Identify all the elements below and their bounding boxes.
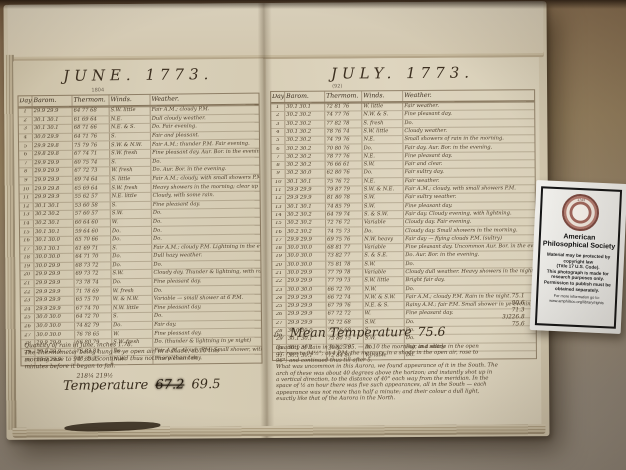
cell-winds: S.W.: [362, 261, 403, 269]
footnotes-july: Quantity of Rain in July, 5.85. — At 10 …: [276, 343, 535, 402]
cell-weather: Fair A.M.; cloudy, with small showers P.…: [403, 185, 535, 193]
card-title: American Philosophical Society: [542, 232, 616, 251]
cell-barom: 29.9 29.9: [33, 194, 73, 202]
cell-winds: Do.: [110, 227, 151, 235]
cell-winds: Do.: [110, 262, 151, 270]
ditto-mark: Do.: [274, 332, 284, 339]
column-header-winds: Winds.: [361, 91, 402, 101]
cell-therm: 75 79 76: [72, 142, 109, 150]
cell-day: 20: [20, 273, 33, 278]
cell-therm: 59 64 60: [73, 228, 110, 236]
cell-winds: S.W.: [110, 210, 151, 218]
cell-barom: 30.0 30.0: [33, 254, 73, 262]
cell-weather: Fair day. Aur. Bor. in the evening.: [402, 144, 534, 152]
cell-weather: Fair A.M.; cloudy, with small showers P.…: [150, 174, 259, 183]
cell-therm: 65 69 64: [72, 185, 109, 193]
temperature-label: Temperature: [63, 378, 148, 394]
cell-weather: Fair and pleasant.: [150, 131, 259, 140]
cell-weather: Do.: [151, 260, 260, 269]
cell-day: 19: [20, 264, 33, 269]
cell-weather: Bright fair day.: [403, 276, 535, 284]
cell-barom: 29.9 29.9: [285, 236, 325, 244]
cell-day: 17: [272, 238, 285, 243]
column-header-winds: Winds.: [108, 95, 149, 105]
cell-therm: 73 78 74: [74, 279, 111, 287]
cell-day: 5: [19, 144, 32, 149]
cell-weather: Fair A.M.; cloudy P.M. Lightning in the …: [151, 243, 260, 252]
cell-therm: 64 72 70: [74, 314, 111, 322]
cell-day: 23: [21, 298, 34, 303]
cell-weather: Cloudy, with some rain.: [151, 192, 260, 201]
cell-day: 13: [272, 205, 285, 210]
cell-barom: 29.9 29.9: [32, 159, 72, 167]
cell-weather: Fair A.M.; thunder P.M. Fair evening.: [150, 140, 259, 149]
cell-day: 16: [272, 229, 285, 234]
cell-barom: 29.9 29.9: [34, 288, 74, 296]
cell-winds: N.E. little: [110, 193, 151, 201]
cell-barom: 30.0 30.0: [285, 245, 325, 253]
cell-winds: S.W.: [362, 203, 403, 211]
temperature-line: Temperature 67.2 69.5: [17, 377, 267, 395]
cell-therm: 55 62 57: [73, 193, 110, 201]
cell-therm: 61 69 64: [72, 116, 109, 124]
cell-weather: Small showers of rain in the morning.: [402, 135, 534, 143]
cell-day: 8: [272, 163, 285, 168]
cell-weather: Cloudy day. Thunder & lightning, with ra…: [151, 269, 260, 278]
cell-day: 23: [272, 288, 285, 293]
pencil-annotation-right: (92): [332, 84, 342, 90]
cell-day: 26: [273, 312, 286, 317]
column-header-day: Day: [19, 98, 32, 104]
mean-temperature-value: 75.6: [418, 324, 446, 339]
cell-barom: 30.2 30.0: [285, 170, 325, 178]
cell-barom: 30.2 30.1: [33, 219, 73, 227]
cell-winds: S. & S.E.: [362, 252, 403, 260]
cell-winds: S.W.: [362, 161, 403, 169]
cell-day: 2: [19, 118, 32, 123]
cell-barom: 30.1 30.1: [33, 202, 73, 210]
cell-therm: 76 66 61: [325, 161, 362, 169]
cell-weather: Cloudy dull weather. Heavy showers in th…: [403, 268, 535, 276]
cell-weather: Fair day — flying clouds P.M. (sultry): [403, 235, 535, 243]
cell-day: 3: [271, 122, 284, 127]
cell-barom: 29.9 29.9: [32, 108, 72, 116]
cell-weather: Fair weather.: [402, 102, 534, 110]
aps-rights-card: 1743 American Philosophical Society Mate…: [530, 180, 626, 334]
cell-day: 4: [271, 130, 284, 135]
cell-barom: 30.2 30.2: [285, 228, 325, 236]
left-page-june: JUNE. 1773. 1804 Day Barom. Thermom. Win…: [13, 59, 267, 429]
column-header-weather: Weather.: [149, 94, 258, 105]
cell-day: 12: [20, 204, 33, 209]
cell-day: 22: [272, 279, 285, 284]
cell-therm: 65 75 70: [74, 296, 111, 304]
cell-weather: Dull hazy weather.: [151, 252, 260, 261]
cell-therm: 74 79 76: [324, 137, 361, 145]
cell-barom: 30.1 30.1: [33, 228, 73, 236]
cell-winds: Do.: [110, 253, 151, 261]
column-header-therm: Thermom.: [324, 91, 361, 101]
cell-winds: Do.: [110, 236, 151, 244]
cell-weather: Heavy showers in the morning; clear up a…: [150, 183, 259, 192]
cell-day: 15: [272, 221, 285, 226]
cell-day: 8: [19, 170, 32, 175]
cell-day: 21: [21, 281, 34, 286]
temperature-struck-value: 67.2: [155, 377, 184, 392]
column-header-barom: Barom.: [31, 96, 71, 106]
column-header-therm: Thermom.: [71, 95, 108, 105]
cell-day: 12: [272, 196, 285, 201]
cell-barom: 30.1 30.1: [285, 178, 325, 186]
cell-weather: Fair and clear.: [403, 160, 535, 168]
cell-winds: W.: [363, 311, 404, 319]
cell-winds: S.W. fresh: [109, 150, 150, 158]
cell-weather: Fair day.: [152, 320, 261, 329]
cell-therm: 72 81 76: [324, 103, 361, 111]
cell-day: 11: [272, 188, 285, 193]
cell-winds: W. little: [361, 103, 402, 111]
cell-day: 17: [20, 247, 33, 252]
photo-of-manuscript: JUNE. 1773. 1804 Day Barom. Thermom. Win…: [0, 0, 626, 470]
cell-weather: Fine pleasant day.: [152, 303, 261, 312]
cell-winds: N.W. & S.W.: [363, 294, 404, 302]
cell-therm: 67 79 76: [326, 303, 363, 311]
cell-therm: 68 73 72: [73, 262, 110, 270]
cell-therm: 64 79 74: [325, 211, 362, 219]
weather-table-july: Day Barom. Thermom. Winds. Weather. 130.…: [270, 89, 537, 361]
cell-barom: 30.0 29.9: [285, 270, 325, 278]
cell-barom: 30.0 29.9: [32, 134, 72, 142]
cell-barom: 30.0 29.9: [33, 262, 73, 270]
cell-day: 24: [273, 296, 286, 301]
cell-day: 21: [272, 271, 285, 276]
cell-barom: 30.1 30.1: [32, 116, 72, 124]
cell-day: 16: [20, 238, 33, 243]
cell-winds: N.E.: [362, 153, 403, 161]
cell-therm: 66 72 74: [326, 294, 363, 302]
cell-barom: 29.9 29.9: [285, 278, 325, 286]
cell-winds: S.W. little: [109, 107, 150, 115]
text-line: minutes before it began to fall.: [25, 362, 261, 372]
cell-therm: 75 76 72: [325, 178, 362, 186]
column-header-barom: Barom.: [284, 92, 324, 102]
cell-weather: Fine pleasant day. Uncommon Aur. Bor. in…: [403, 243, 535, 251]
cell-winds: N.W.: [362, 286, 403, 294]
cell-winds: W. & N.W.: [111, 296, 152, 304]
cell-day: 3: [19, 127, 32, 132]
cell-barom: 29.9 29.9: [285, 195, 325, 203]
cell-day: 15: [20, 230, 33, 235]
cell-day: 14: [20, 221, 33, 226]
cell-barom: 30.0 30.0: [34, 314, 74, 322]
cell-therm: 76 78 65: [74, 331, 111, 339]
cell-day: 7: [19, 161, 32, 166]
cell-winds: N.E. & S.: [109, 124, 150, 132]
cell-therm: 64 71 76: [72, 133, 109, 141]
cell-winds: Variable: [362, 244, 403, 252]
cell-barom: 30.0 30.0: [285, 253, 325, 261]
cell-winds: S.W. & N.W.: [109, 141, 150, 149]
cell-winds: Variable: [362, 269, 403, 277]
cell-therm: 72 76 72: [325, 220, 362, 228]
cell-barom: 30.2 30.2: [284, 145, 324, 153]
cell-barom: 30.1 30.2: [284, 129, 324, 137]
cell-therm: 69 73 72: [73, 271, 110, 279]
cell-therm: 71 78 69: [74, 288, 111, 296]
cell-weather: Fair A.M.; cloudy P.M.: [150, 106, 259, 115]
table-body-june: 129.9 29.964 77 68S.W. littleFair A.M.; …: [19, 105, 262, 366]
cell-weather: Fine pleasant day.: [403, 152, 535, 160]
cell-barom: 30.2 30.2: [284, 120, 324, 128]
cell-therm: 69 74 64: [72, 176, 109, 184]
cell-therm: 81 80 78: [325, 195, 362, 203]
cell-day: 18: [20, 255, 33, 260]
cell-therm: 78 76 74: [324, 128, 361, 136]
column-header-day: Day: [271, 94, 284, 100]
cell-day: 25: [21, 316, 34, 321]
cell-day: 27: [21, 333, 34, 338]
cell-winds: W.: [110, 219, 151, 227]
cell-therm: 67 72 72: [326, 311, 363, 319]
cell-day: 18: [272, 246, 285, 251]
cell-barom: 30.2 30.2: [284, 137, 324, 145]
table-body-july: 130.1 30.172 81 76W. littleFair weather.…: [271, 101, 536, 360]
page-title-june: JUNE. 1773.: [13, 65, 263, 86]
cell-weather: Fair sultry day.: [403, 169, 535, 177]
cell-therm: 68 81 77: [325, 244, 362, 252]
cell-winds: S.: [110, 244, 151, 252]
mean-temperature-line: Do. Mean Temperature 75.6: [274, 323, 537, 340]
cell-barom: 30.1 30.0: [33, 237, 73, 245]
cell-winds: N.W. little: [111, 304, 152, 312]
cell-therm: 74 77 76: [324, 112, 361, 120]
cell-weather: Fair day. Cloudy evening, with lightning…: [403, 210, 535, 218]
cell-day: 6: [271, 146, 284, 151]
footnotes-june: Quantity of rain in June, inches 1.78.Th…: [24, 341, 260, 372]
cell-therm: 60 75 74: [72, 159, 109, 167]
cell-therm: 53 60 58: [73, 202, 110, 210]
cell-day: 10: [272, 180, 285, 185]
open-leaf: JUNE. 1773. 1804 Day Barom. Thermom. Win…: [4, 57, 550, 428]
cell-therm: 78 77 76: [325, 153, 362, 161]
cell-barom: 30.1 30.1: [285, 203, 325, 211]
cell-barom: 30.0 30.0: [285, 261, 325, 269]
cell-winds: S.W. little: [361, 128, 402, 136]
seal-year: 1743: [565, 197, 598, 202]
cell-day: 5: [271, 138, 284, 143]
cell-therm: 74 85 79: [325, 203, 362, 211]
cell-therm: 69 75 76: [325, 236, 362, 244]
cell-winds: S.: [109, 133, 150, 141]
cell-barom: 29.9 29.9: [285, 187, 325, 195]
cell-barom: 30.1 30.1: [33, 245, 73, 253]
cell-winds: W. fresh: [109, 167, 150, 175]
cell-weather: Dull cloudy weather.: [150, 114, 259, 123]
card-footer-text: For more information go to:www.amphilsoc…: [549, 294, 604, 306]
cell-winds: Do.: [362, 169, 403, 177]
cell-day: 19: [272, 254, 285, 259]
cell-barom: 29.9 29.8: [32, 185, 72, 193]
weather-table-june: Day Barom. Thermom. Winds. Weather. 129.…: [17, 93, 262, 367]
cell-weather: Fine pleasant day.: [403, 202, 535, 210]
cell-therm: 61 69 71: [73, 245, 110, 253]
cell-therm: 62 80 76: [325, 170, 362, 178]
cell-winds: Do.: [111, 279, 152, 287]
cell-weather: Do.: [402, 119, 534, 127]
cell-therm: 77 79 78: [325, 269, 362, 277]
cell-day: 24: [21, 307, 34, 312]
cell-winds: S.: [111, 313, 152, 321]
cell-barom: 29.8 29.8: [32, 151, 72, 159]
cell-winds: S.: [109, 158, 150, 166]
cell-barom: 29.9 29.9: [286, 303, 326, 311]
cell-weather: Do.: [403, 260, 535, 268]
cell-winds: W. fresh: [111, 287, 152, 295]
cell-therm: 57 60 57: [73, 210, 110, 218]
cell-day: 2: [271, 113, 284, 118]
cell-barom: 29.9 29.9: [32, 176, 72, 184]
cell-therm: 64 71 70: [73, 253, 110, 261]
cell-day: 26: [21, 324, 34, 329]
cell-barom: 30.2 30.2: [285, 212, 325, 220]
cell-weather: Do.: [151, 226, 260, 235]
cell-day: 13: [20, 212, 33, 217]
cell-weather: Do. Aur. Bor. in the evening.: [403, 252, 535, 260]
cell-therm: 67 74 71: [72, 150, 109, 158]
cell-day: 11: [20, 195, 33, 200]
cell-weather: Cloudy day. Fair evening.: [403, 218, 535, 226]
cell-day: 9: [272, 171, 285, 176]
cell-winds: S.W.: [362, 194, 403, 202]
text-line: exactly like that of the Aurora in the N…: [276, 394, 535, 402]
cell-therm: 67 72 73: [72, 167, 109, 175]
cell-therm: 77 79 73: [325, 278, 362, 286]
cell-barom: 29.9 29.9: [32, 168, 72, 176]
cell-weather: Do.: [150, 157, 259, 166]
cell-therm: 65 70 66: [73, 236, 110, 244]
cell-winds: S.W. fresh: [109, 184, 150, 192]
cell-barom: 29.9 29.9: [286, 311, 326, 319]
cell-weather: Fair weather.: [403, 177, 535, 185]
cell-winds: S.W. & N.E.: [362, 186, 403, 194]
cell-barom: 30.0 30.0: [34, 331, 74, 339]
cell-winds: Do.: [362, 228, 403, 236]
cell-day: 22: [21, 290, 34, 295]
cell-weather: Do.: [152, 286, 261, 295]
cell-barom: 30.0 30.0: [285, 286, 325, 294]
cell-weather: Do.: [151, 209, 260, 218]
cell-barom: 30.0 30.0: [34, 323, 74, 331]
cell-weather: Fine pleasant day.: [152, 277, 261, 286]
cell-weather: Fine pleasant day.: [402, 110, 534, 118]
photo-top-shadow: [0, 0, 626, 9]
cell-winds: Variable: [362, 219, 403, 227]
card-border-frame: 1743 American Philosophical Society Mate…: [535, 186, 622, 329]
cell-barom: 30.1 30.1: [284, 104, 324, 112]
cell-barom: 30.2 30.2: [285, 220, 325, 228]
cell-barom: 30.2 30.2: [284, 112, 324, 120]
cell-barom: 29.9 29.9: [34, 280, 74, 288]
cell-winds: N.E.: [109, 115, 150, 123]
cell-weather: Cloudy weather.: [402, 127, 534, 135]
cell-weather: Do. Fair evening.: [150, 123, 259, 132]
cell-barom: 29.9 29.9: [34, 297, 74, 305]
cell-barom: 30.2 30.2: [285, 162, 325, 170]
cell-winds: Do.: [361, 145, 402, 153]
cell-winds: N.W. & S.: [361, 111, 402, 119]
cell-winds: N.W. heavy: [362, 236, 403, 244]
column-header-weather: Weather.: [402, 90, 534, 101]
cell-winds: S. fresh: [361, 120, 402, 128]
cell-barom: 29.9 29.9: [286, 294, 326, 302]
cell-therm: 60 64 60: [73, 219, 110, 227]
cell-therm: 77 82 78: [324, 120, 361, 128]
cell-winds: Do.: [111, 322, 152, 330]
cell-therm: 74 82 79: [74, 322, 111, 330]
cell-weather: Cloudy day. Small showers in the morning…: [403, 227, 535, 235]
cell-day: 1: [271, 105, 284, 110]
cell-weather: Do. Aur. Bor. in the evening.: [150, 166, 259, 175]
cell-barom: 29.9 29.9: [33, 271, 73, 279]
cell-day: 9: [19, 178, 32, 183]
cell-winds: S. little: [109, 176, 150, 184]
cell-winds: N.E.: [362, 178, 403, 186]
cell-day: 14: [272, 213, 285, 218]
cell-weather: Do.: [152, 312, 261, 321]
cell-barom: 30.1 30.1: [32, 125, 72, 133]
cell-barom: 30.2 30.2: [33, 211, 73, 219]
page-title-july: JULY. 1773.: [266, 63, 539, 83]
cell-weather: Fair sultry weather.: [403, 193, 535, 201]
cell-therm: 70 80 76: [324, 145, 361, 153]
cell-winds: N.E. & S.: [363, 302, 404, 310]
mean-temperature-label: Mean Temperature: [290, 324, 412, 340]
cell-therm: 75 81 78: [325, 261, 362, 269]
cell-day: 7: [272, 155, 285, 160]
cell-weather: Fine pleasant day. Aur. Bor. in the even…: [150, 149, 259, 158]
cell-winds: S. & S.W.: [362, 211, 403, 219]
cell-therm: 68 71 66: [72, 124, 109, 132]
card-body-text: Material may be protected bycopyright la…: [544, 251, 613, 293]
cell-weather: Variable — small shower at 6 P.M.: [152, 295, 261, 304]
cell-winds: S.: [110, 201, 151, 209]
cell-winds: S.W.: [110, 270, 151, 278]
cell-barom: 29.9 29.8: [32, 142, 72, 150]
aps-seal-icon: 1743: [561, 193, 600, 232]
cell-day: 4: [19, 135, 32, 140]
cell-weather: Do.: [151, 234, 260, 243]
cell-day: 10: [20, 187, 33, 192]
cell-therm: 74 75 73: [325, 228, 362, 236]
right-page-july: JULY. 1773. (92) Day Barom. Thermom. Win…: [266, 57, 542, 426]
cell-day: 1: [19, 109, 32, 114]
cell-day: 25: [273, 304, 286, 309]
cell-weather: Do.: [151, 217, 260, 226]
cell-therm: 64 77 68: [72, 107, 109, 115]
cell-barom: 30.2 30.2: [285, 153, 325, 161]
cell-winds: W.: [111, 330, 152, 338]
cell-therm: 66 72 70: [325, 286, 362, 294]
cell-therm: 73 82 77: [325, 253, 362, 261]
cell-winds: S.W. little: [362, 277, 403, 285]
pencil-annotation-left: 1804: [91, 87, 104, 93]
cell-weather: Fine pleasant day.: [152, 329, 261, 338]
temperature-value: 69.5: [191, 377, 220, 392]
cell-therm: 67 74 70: [74, 305, 111, 313]
cell-weather: Fine pleasant day.: [151, 200, 260, 209]
cell-therm: 79 87 79: [325, 186, 362, 194]
cell-barom: 29.9 29.9: [34, 305, 74, 313]
